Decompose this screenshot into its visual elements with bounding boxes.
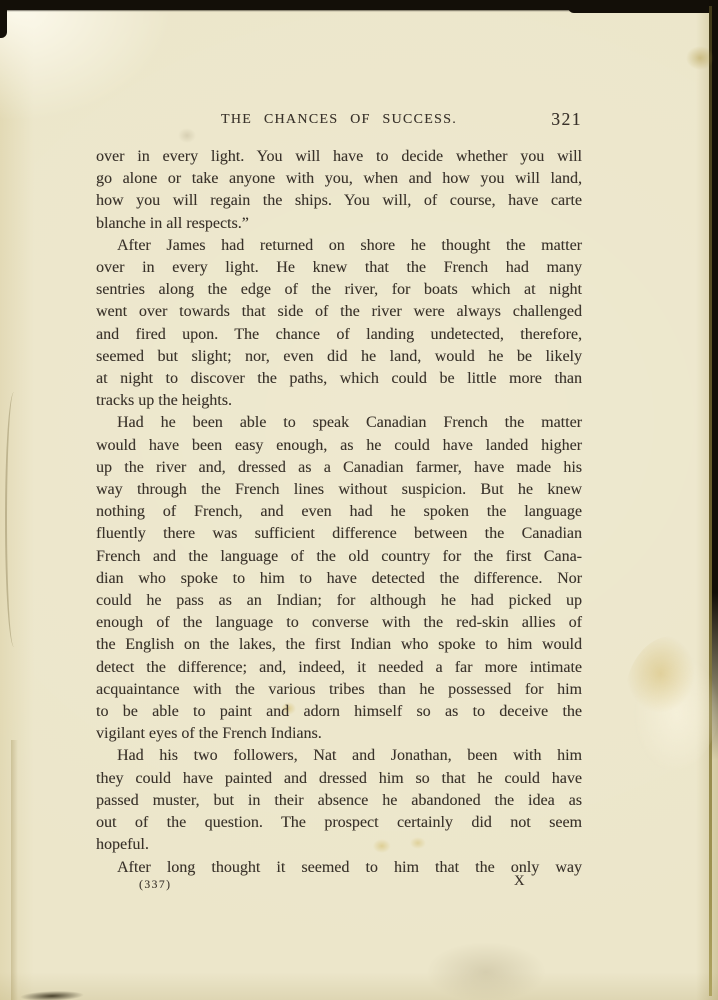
text-line: fluently there was sufficient difference…: [96, 523, 582, 545]
running-header: THE CHANCES OF SUCCESS. 321: [96, 112, 582, 134]
text-line: dian who spoke to him to have detected t…: [96, 568, 582, 590]
text-line: could he pass as an Indian; for although…: [96, 590, 582, 612]
text-line: at night to discover the paths, which co…: [96, 368, 582, 390]
page-number: 321: [551, 109, 582, 130]
signature-number: (337): [139, 879, 171, 891]
book-page-scan: THE CHANCES OF SUCCESS. 321 over in ever…: [0, 0, 718, 1000]
text-line: After James had returned on shore he tho…: [96, 235, 582, 257]
text-line: enough of the language to converse with …: [96, 612, 582, 634]
text-line: how you will regain the ships. You will,…: [96, 190, 582, 212]
text-line: up the river and, dressed as a Canadian …: [96, 457, 582, 479]
text-line: the English on the lakes, the first Indi…: [96, 634, 582, 656]
text-line: blanche in all respects.”: [96, 213, 582, 235]
text-line: French and the language of the old count…: [96, 546, 582, 568]
text-line: acquaintance with the various tribes tha…: [96, 679, 582, 701]
text-line: over in every light. He knew that the Fr…: [96, 257, 582, 279]
text-line: to be able to paint and adorn himself so…: [96, 701, 582, 723]
text-line: went over towards that side of the river…: [96, 301, 582, 323]
page-fore-edge-line: [709, 6, 712, 996]
text-line: sentries along the edge of the river, fo…: [96, 279, 582, 301]
text-line: tracks up the heights.: [96, 390, 582, 412]
text-line: passed muster, but in their absence he a…: [96, 790, 582, 812]
text-line: would have been easy enough, as he could…: [96, 435, 582, 457]
book-edge-top-right: [568, 0, 718, 13]
book-edge-top-left: [0, 0, 7, 38]
text-line: they could have painted and dressed him …: [96, 768, 582, 790]
text-line: out of the question. The prospect certai…: [96, 812, 582, 834]
text-line: hopeful.: [96, 834, 582, 856]
text-line: and fired upon. The chance of landing un…: [96, 324, 582, 346]
page-title: THE CHANCES OF SUCCESS.: [96, 112, 582, 128]
text-line: seemed but slight; nor, even did he land…: [96, 346, 582, 368]
text-line: over in every light. You will have to de…: [96, 146, 582, 168]
text-line: nothing of French, and even had he spoke…: [96, 501, 582, 523]
text-line: way through the French lines without sus…: [96, 479, 582, 501]
page-curl-line: [5, 392, 23, 647]
page-crease: [11, 740, 18, 1000]
body-text: over in every light. You will have to de…: [96, 146, 582, 879]
text-line: go alone or take anyone with you, when a…: [96, 168, 582, 190]
text-line: Had he been able to speak Canadian Frenc…: [96, 412, 582, 434]
text-line: detect the difference; and, indeed, it n…: [96, 657, 582, 679]
text-line: Had his two followers, Nat and Jonathan,…: [96, 745, 582, 767]
bottom-edge-mark: [20, 990, 84, 1000]
text-line: vigilant eyes of the French Indians.: [96, 723, 582, 745]
text-line: After long thought it seemed to him that…: [96, 857, 582, 879]
gathering-mark: X: [514, 873, 525, 890]
